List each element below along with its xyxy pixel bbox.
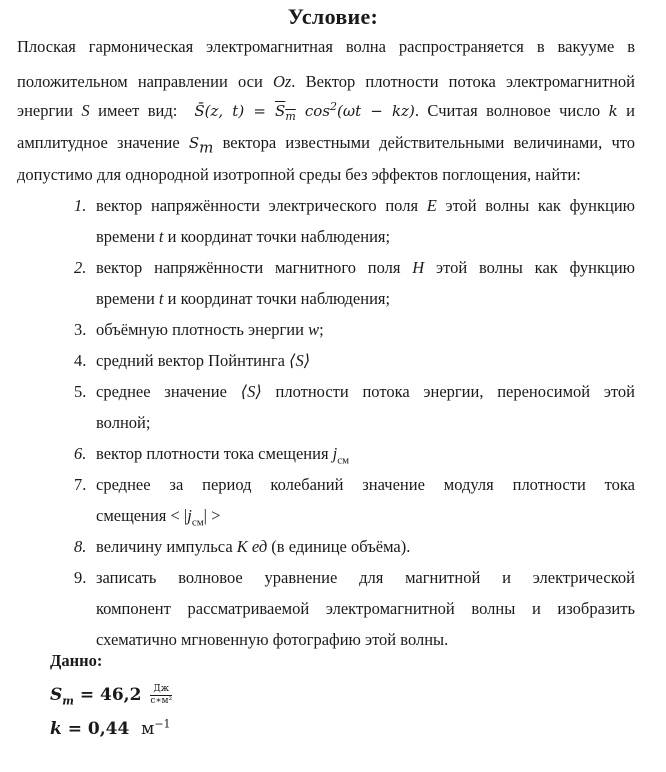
task-5-number: 5.: [74, 382, 86, 402]
task-9-number: 9.: [74, 568, 86, 588]
intro-line-3: энергии S имеет вид: S̄(z, t) = Sm cos2(…: [17, 101, 635, 121]
task-7-line-2: смещения < |jсм| >: [96, 506, 220, 526]
task-6-line: вектор плотности тока смещения jсм: [96, 444, 349, 464]
task-9-line-2: компонент рассматриваемой электромагнитн…: [96, 599, 635, 619]
task-9-line-1: записать волновое уравнение для магнитно…: [96, 568, 635, 588]
task-2-line-2: времени t и координат точки наблюдения;: [96, 289, 390, 309]
task-2-line-1: вектор напряжённости магнитного поля H э…: [96, 258, 635, 278]
task-8-line: величину импульса K ед (в единице объёма…: [96, 537, 410, 557]
task-1-line-1: вектор напряжённости электрического поля…: [96, 196, 635, 216]
task-3-number: 3.: [74, 320, 86, 340]
task-4-number: 4.: [74, 351, 86, 371]
intro-line-2: положительном направлении оси Oz. Вектор…: [17, 72, 635, 92]
given-sm: Sm = 46,2 Джс∗м²: [50, 684, 172, 707]
task-8-number: 8.: [74, 537, 86, 557]
poynting-formula: S̄(z, t) = Sm cos2(ωt − kz): [194, 102, 414, 120]
sm-unit-fraction: Джс∗м²: [150, 684, 172, 707]
intro-line-1: Плоская гармоническая электромагнитная в…: [17, 37, 635, 57]
task-2-number: 2.: [74, 258, 86, 278]
task-5-line-2: волной;: [96, 413, 150, 433]
given-title: Данно:: [50, 651, 102, 671]
given-k: k = 0,44 м−1: [50, 719, 171, 739]
task-1-number: 1.: [74, 196, 86, 216]
task-3-line: объёмную плотность энергии w;: [96, 320, 324, 340]
task-1-line-2: времени t и координат точки наблюдения;: [96, 227, 390, 247]
intro-line-5: допустимо для однородной изотропной сред…: [17, 165, 581, 185]
task-9-line-3: схематично мгновенную фотографию этой во…: [96, 630, 448, 650]
task-5-line-1: среднее значение ⟨S⟩ плотности потока эн…: [96, 382, 635, 402]
task-6-number: 6.: [74, 444, 86, 464]
intro-line-4: амплитудное значение Sm вектора известны…: [17, 133, 635, 153]
page-title: Условие:: [0, 4, 666, 30]
task-7-line-1: среднее за период колебаний значение мод…: [96, 475, 635, 495]
task-7-number: 7.: [74, 475, 86, 495]
task-4-line: средний вектор Пойнтинга ⟨S⟩: [96, 351, 310, 371]
